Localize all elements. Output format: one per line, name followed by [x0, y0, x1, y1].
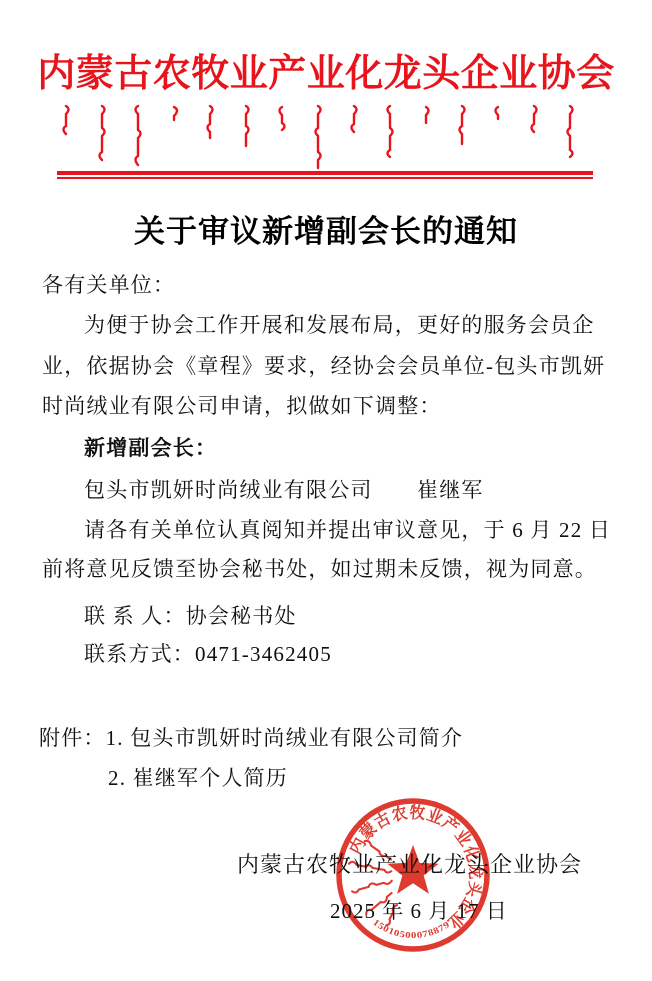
- svg-text:15010500078879: 15010500078879: [371, 917, 451, 940]
- seal-star-icon: [387, 845, 438, 894]
- body-salutation: 各有关单位：: [42, 269, 175, 299]
- body-line: 请各有关单位认真阅知并提出审议意见，于 6 月 22 日: [84, 514, 611, 544]
- attachment-line-2: 2. 崔继军个人简历: [108, 762, 288, 792]
- body-line: 时尚绒业有限公司申请，拟做如下调整：: [42, 390, 442, 420]
- body-line: 为便于协会工作开展和发展布局，更好的服务会员企: [84, 309, 595, 339]
- official-seal-stamp: 内蒙古农牧业产业化龙头企业协会 15010500078879: [328, 790, 498, 960]
- mongolian-script-graphic: [56, 104, 596, 176]
- document-title: 关于审议新增副会长的通知: [0, 206, 652, 251]
- document-page: 内蒙古农牧业产业化龙头企业协会 关于审议新增副会长的通知 各有关单位： 为便于协…: [0, 0, 652, 981]
- letterhead-org-name: 内蒙古农牧业产业化龙头企业协会: [0, 42, 652, 97]
- contact-person-line: 联 系 人：协会秘书处: [84, 600, 297, 630]
- body-line: 前将意见反馈至协会秘书处，如过期未反馈，视为同意。: [42, 553, 597, 583]
- contact-phone-line: 联系方式：0471-3462405: [84, 638, 332, 668]
- body-subheading-new-vice-president: 新增副会长：: [84, 432, 217, 462]
- body-company-and-name: 包头市凯妍时尚绒业有限公司 崔继军: [84, 474, 484, 504]
- letterhead-divider-rule: [57, 171, 593, 179]
- attachment-line-1: 附件：1. 包头市凯妍时尚绒业有限公司简介: [39, 722, 463, 752]
- seal-serial-number-arc: 15010500078879: [371, 917, 451, 940]
- body-line: 业，依据协会《章程》要求，经协会会员单位-包头市凯妍: [42, 350, 605, 380]
